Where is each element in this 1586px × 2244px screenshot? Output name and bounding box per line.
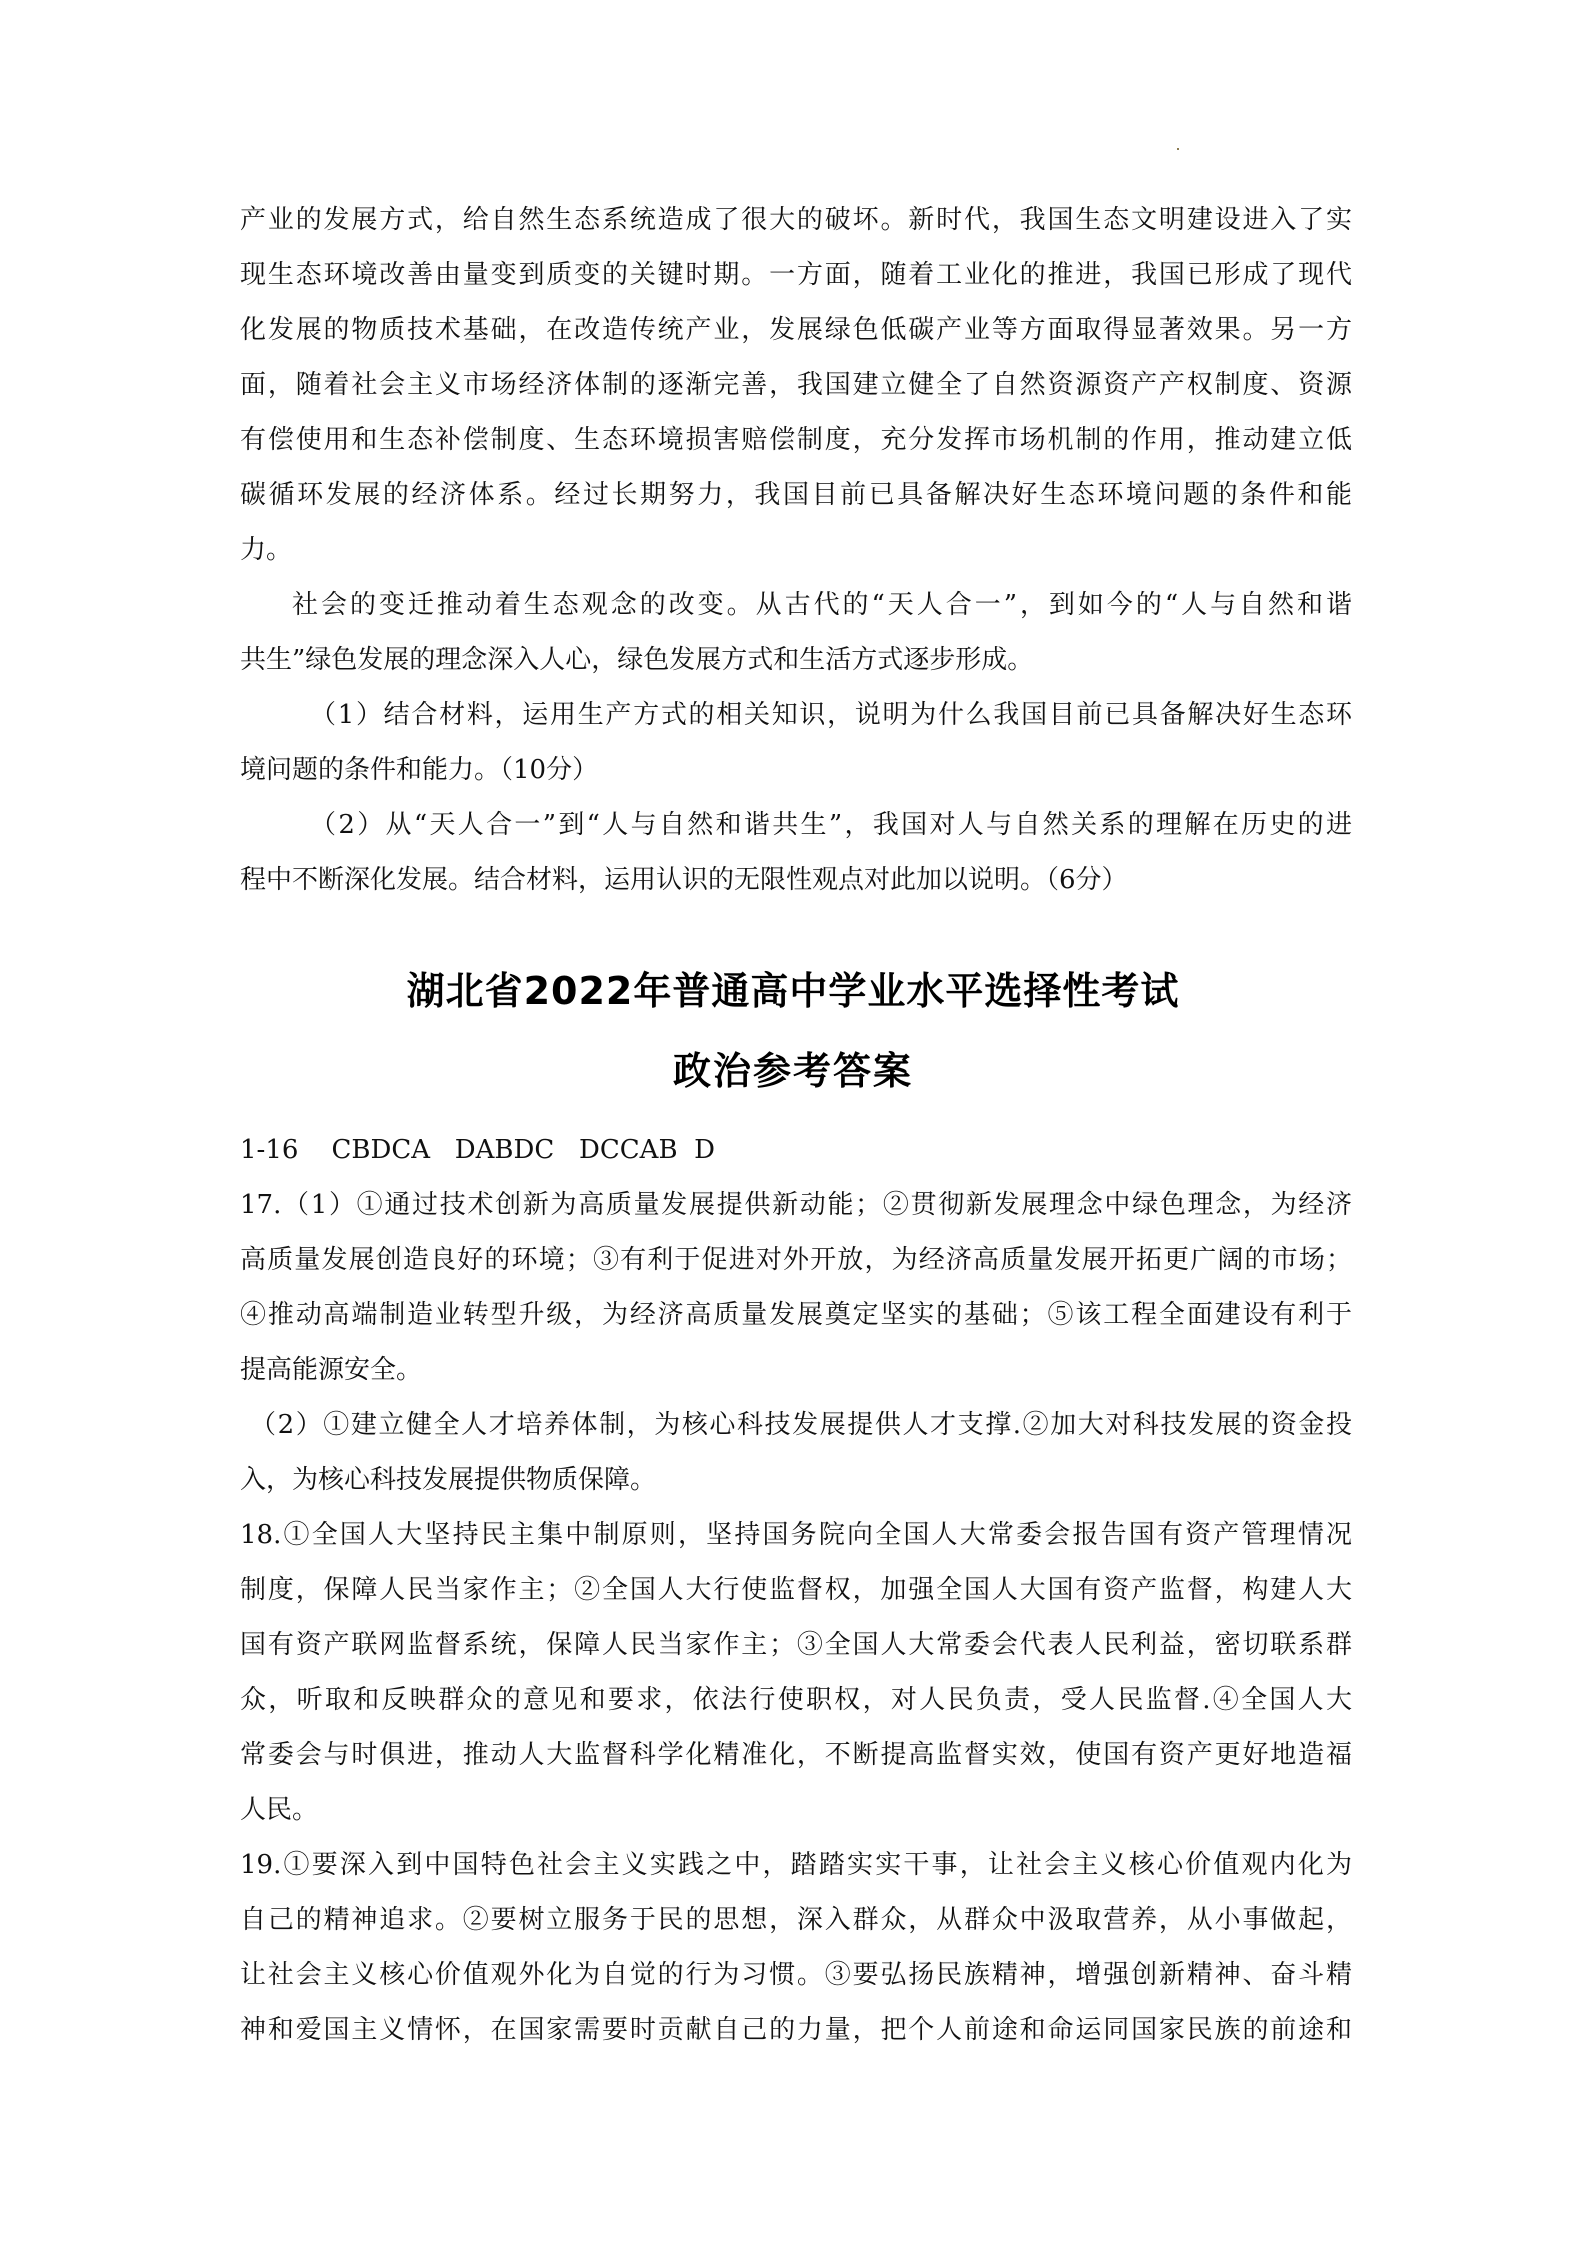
material-paragraph-1-line: 碳循环发展的经济体系。经过长期努力，我国目前已具备解决好生态环境问题的条件和能 [240, 475, 1352, 515]
q17-answer-line: 高质量发展创造良好的环境；③有利于促进对外开放，为经济高质量发展开拓更广阔的市场… [240, 1240, 1352, 1280]
material-paragraph-2-line: 共生”绿色发展的理念深入人心，绿色发展方式和生活方式逐步形成。 [240, 640, 1352, 680]
q18-answer-line: 制度，保障人民当家作主；②全国人大行使监督权，加强全国人大国有资产监督，构建人大 [240, 1570, 1352, 1610]
question-1-line: 境问题的条件和能力。（10分） [240, 750, 1352, 790]
q19-answer-line: 神和爱国主义情怀，在国家需要时贡献自己的力量，把个人前途和命运同国家民族的前途和 [240, 2010, 1352, 2050]
q18-answer-line: 国有资产联网监督系统，保障人民当家作主；③全国人大常委会代表人民利益，密切联系群 [240, 1625, 1352, 1665]
answer-key-subtitle: 政治参考答案 [0, 1046, 1586, 1096]
material-paragraph-1-line: 化发展的物质技术基础，在改造传统产业，发展绿色低碳产业等方面取得显著效果。另一方 [240, 310, 1352, 350]
question-2-line: （2）从“天人合一”到“人与自然和谐共生”，我国对人与自然关系的理解在历史的进 [310, 805, 1352, 845]
q19-answer-line: 让社会主义核心价值观外化为自觉的行为习惯。③要弘扬民族精神，增强创新精神、奋斗精 [240, 1955, 1352, 1995]
q18-answer-line: 常委会与时俱进，推动人大监督科学化精准化，不断提高监督实效，使国有资产更好地造福 [240, 1735, 1352, 1775]
question-2-line: 程中不断深化发展。结合材料，运用认识的无限性观点对此加以说明。（6分） [240, 860, 1352, 900]
q17-part2-answer-line: 入，为核心科技发展提供物质保障。 [240, 1460, 1352, 1500]
document-page: 产业的发展方式，给自然生态系统造成了很大的破坏。新时代，我国生态文明建设进入了实… [0, 0, 1586, 2244]
material-paragraph-1-line: 现生态环境改善由量变到质变的关键时期。一方面，随着工业化的推进，我国已形成了现代 [240, 255, 1352, 295]
q17-answer-line: ④推动高端制造业转型升级，为经济高质量发展奠定坚实的基础；⑤该工程全面建设有利于 [240, 1295, 1352, 1335]
q17-answer-line: 提高能源安全。 [240, 1350, 1352, 1390]
answer-key-title: 湖北省2022年普通高中学业水平选择性考试 [0, 966, 1586, 1016]
material-paragraph-1-line: 产业的发展方式，给自然生态系统造成了很大的破坏。新时代，我国生态文明建设进入了实 [240, 200, 1352, 240]
material-paragraph-1-line: 力。 [240, 530, 1352, 570]
q19-answer-line: 自己的精神追求。②要树立服务于民的思想，深入群众，从群众中汲取营养，从小事做起， [240, 1900, 1352, 1940]
q18-answer-line: 人民。 [240, 1790, 1352, 1830]
q17-part2-answer-line: （2）①建立健全人才培养体制，为核心科技发展提供人才支撑.②加大对科技发展的资金… [250, 1405, 1352, 1445]
q18-answer-line: 18.①全国人大坚持民主集中制原则，坚持国务院向全国人大常委会报告国有资产管理情… [240, 1515, 1352, 1555]
scan-speck [1177, 148, 1179, 150]
mcq-answers: 1-16 CBDCA DABDC DCCAB D [240, 1130, 715, 1170]
material-paragraph-2-line: 社会的变迁推动着生态观念的改变。从古代的“天人合一”，到如今的“人与自然和谐 [292, 585, 1352, 625]
q17-answer-line: 17.（1）①通过技术创新为高质量发展提供新动能；②贯彻新发展理念中绿色理念，为… [240, 1185, 1352, 1225]
q19-answer-line: 19.①要深入到中国特色社会主义实践之中，踏踏实实干事，让社会主义核心价值观内化… [240, 1845, 1352, 1885]
material-paragraph-1-line: 面，随着社会主义市场经济体制的逐渐完善，我国建立健全了自然资源资产产权制度、资源 [240, 365, 1352, 405]
question-1-line: （1）结合材料，运用生产方式的相关知识，说明为什么我国目前已具备解决好生态环 [310, 695, 1352, 735]
q18-answer-line: 众，听取和反映群众的意见和要求，依法行使职权，对人民负责，受人民监督.④全国人大 [240, 1680, 1352, 1720]
material-paragraph-1-line: 有偿使用和生态补偿制度、生态环境损害赔偿制度，充分发挥市场机制的作用，推动建立低 [240, 420, 1352, 460]
